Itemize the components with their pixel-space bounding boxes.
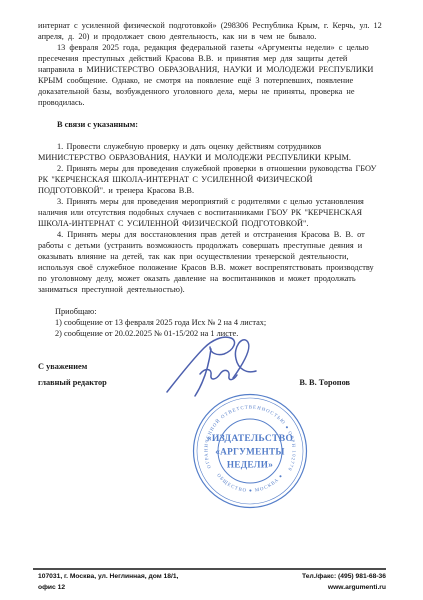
text-line: направила в МИНИСТЕРСТВО ОБРАЗОВАНИЯ, НА… (38, 64, 392, 75)
footer-website: www.argumenti.ru (302, 582, 386, 593)
text-line: используя своё служебное положение Красо… (38, 262, 392, 273)
text-line: МИНИСТЕРСТВО ОБРАЗОВАНИЯ, НАУКИ И МОЛОДЕ… (38, 152, 392, 163)
text-line: 13 февраля 2025 года, редакция федеральн… (38, 42, 392, 53)
signatory-name: В. В. Торопов (299, 375, 350, 391)
demand-item-2: 2. Принять меры для проведения служебной… (38, 163, 392, 196)
text-line: 1. Провести служебную проверку и дать оц… (38, 141, 392, 152)
stamp-center-line1: «ИЗДАТЕЛЬСТВО (207, 433, 293, 444)
text-line: 1) сообщение от 13 февраля 2025 года Исх… (38, 317, 392, 328)
text-line: 2. Принять меры для проведения служебной… (38, 163, 392, 174)
stamp-center-line2: «АРГУМЕНТЫ (215, 447, 285, 457)
text-line: КРЫМ сообщение. Однако, не смотря на поя… (38, 75, 392, 86)
text-line: работы с детьми (устранить возможность п… (38, 240, 392, 251)
text-line: ПОДГОТОВКОЙ". и тренера Красова В.В. (38, 185, 392, 196)
text-line: пресечения преступных действий Красова В… (38, 53, 392, 64)
document-page: интернат с усиленной физической подготов… (0, 0, 423, 600)
signature-scribble (160, 330, 265, 400)
demand-item-1: 1. Провести служебную проверку и дать оц… (38, 141, 392, 163)
closing-role: главный редактор (38, 375, 107, 391)
text-line: оказывать влияние на детей, так как при … (38, 251, 392, 262)
paragraph-continuation: интернат с усиленной физической подготов… (38, 20, 392, 42)
signature-stroke (167, 337, 235, 392)
text-line: 3. Принять меры для проведения мероприят… (38, 196, 392, 207)
demand-item-3: 3. Принять меры для проведения мероприят… (38, 196, 392, 229)
footer-address-line1: 107031, г. Москва, ул. Неглинная, дом 18… (38, 571, 178, 582)
stamp-center-line3: НЕДЕЛИ» (227, 460, 273, 470)
footer-contacts: Тел./факс: (495) 981-68-36 www.argumenti… (302, 571, 386, 593)
demand-item-4: 4. Принять меры для восстановления прав … (38, 229, 392, 295)
text-line: заниматься преступной деятельностью). (38, 284, 392, 295)
footer-divider (33, 568, 386, 570)
text-line: РК "КЕРЧЕНСКАЯ ШКОЛА-ИНТЕРНАТ С УСИЛЕННО… (38, 174, 392, 185)
text-line: наличия или отсутствия подобных случаев … (38, 207, 392, 218)
text-line: проводилась. (38, 97, 392, 108)
footer-phone: Тел./факс: (495) 981-68-36 (302, 571, 386, 582)
text-line: апреля, д. 20) и продолжает свою деятель… (38, 31, 392, 42)
company-stamp: С ОГРАНИЧЕННОЙ ОТВЕТСТВЕННОСТЬЮ ● ОГРН 1… (191, 393, 309, 511)
text-line: Приобщаю: (38, 306, 392, 317)
text-line: 4. Принять меры для восстановления прав … (38, 229, 392, 240)
stamp-arc-text-bottom: ОБЩЕСТВО ● МОСКВА ● (215, 473, 284, 494)
text-line: по уголовному делу, может оказать давлен… (38, 273, 392, 284)
footer-address-line2: офис 12 (38, 582, 178, 593)
section-heading: В связи с указанным: (38, 119, 392, 130)
signature-stroke (233, 340, 256, 378)
paragraph-intro: 13 февраля 2025 года, редакция федеральн… (38, 42, 392, 108)
text-line: ШКОЛА-ИНТЕРНАТ С УСИЛЕННОЙ ФИЗИЧЕСКОЙ ПО… (38, 218, 392, 229)
footer-address: 107031, г. Москва, ул. Неглинная, дом 18… (38, 571, 178, 593)
text-line: интернат с усиленной физической подготов… (38, 20, 392, 31)
text-line: доказательной базы, возбужденного уголов… (38, 86, 392, 97)
